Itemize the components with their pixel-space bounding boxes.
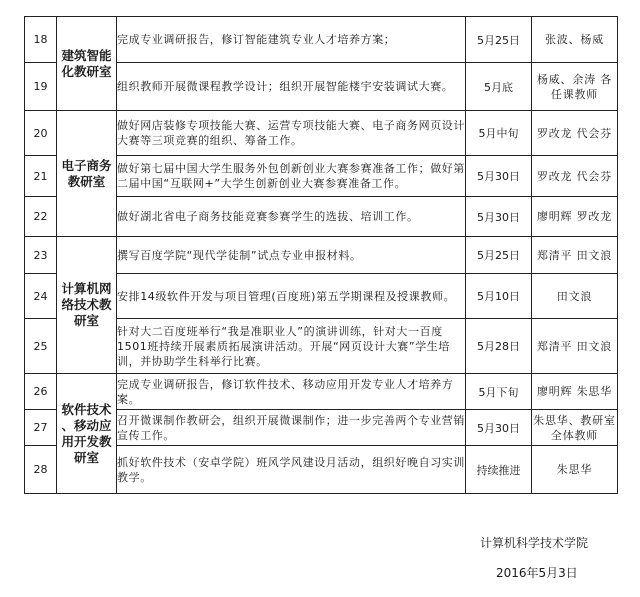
task-description: 做好湖北省电子商务技能竞赛参赛学生的选拔、培训工作。 — [117, 197, 466, 237]
responsible-person: 张波、杨威 — [532, 17, 618, 63]
department-label: 研室 — [57, 313, 116, 329]
department-cell: 软件技术 、移动应 用开发教 研室 — [57, 374, 117, 494]
task-description: 撰写百度学院“现代学徒制”试点专业申报材料。 — [117, 237, 466, 274]
department-label: 建筑智能 — [57, 48, 116, 64]
responsible-person: 郑清平 田文浪 — [532, 319, 618, 374]
deadline: 5月底 — [466, 63, 532, 111]
deadline: 5月25日 — [466, 237, 532, 274]
responsible-person: 杨威、余涛 各任课教师 — [532, 63, 618, 111]
row-number: 28 — [25, 446, 57, 494]
deadline: 持续推进 — [466, 446, 532, 494]
department-label: 、移动应 — [57, 418, 116, 434]
department-label: 软件技术 — [57, 402, 116, 418]
row-number: 23 — [25, 237, 57, 274]
department-cell: 电子商务 教研室 — [57, 111, 117, 237]
department-label: 化教研室 — [57, 64, 116, 80]
table-row: 20 电子商务 教研室 做好网店装修专项技能大赛、运营专项技能大赛、电子商务网页… — [25, 111, 618, 156]
work-plan-table: 18 建筑智能 化教研室 完成专业调研报告，修订智能建筑专业人才培养方案； 5月… — [24, 16, 618, 494]
task-description: 组织教师开展微课程教学设计；组织开展智能楼宇安装调试大赛。 — [117, 63, 466, 111]
department-label: 络技术教 — [57, 297, 116, 313]
row-number: 18 — [25, 17, 57, 63]
deadline: 5月10日 — [466, 274, 532, 319]
responsible-person: 罗改龙 代会芬 — [532, 156, 618, 197]
department-label: 研室 — [57, 450, 116, 466]
deadline: 5月中旬 — [466, 111, 532, 156]
row-number: 27 — [25, 410, 57, 446]
task-description: 做好第七届中国大学生服务外包创新创业大赛参赛准备工作；做好第二届中国“互联网+”… — [117, 156, 466, 197]
row-number: 20 — [25, 111, 57, 156]
deadline: 5月25日 — [466, 17, 532, 63]
task-description: 完成专业调研报告，修订软件技术、移动应用开发专业人才培养方案。 — [117, 374, 466, 410]
department-label: 计算机网 — [57, 281, 116, 297]
row-number: 26 — [25, 374, 57, 410]
deadline: 5月下旬 — [466, 374, 532, 410]
responsible-person: 郑清平 田文浪 — [532, 237, 618, 274]
task-description: 完成专业调研报告，修订智能建筑专业人才培养方案； — [117, 17, 466, 63]
responsible-person: 田文浪 — [532, 274, 618, 319]
deadline: 5月28日 — [466, 319, 532, 374]
task-description: 做好网店装修专项技能大赛、运营专项技能大赛、电子商务网页设计大赛等三项竞赛的组织… — [117, 111, 466, 156]
deadline: 5月30日 — [466, 156, 532, 197]
table-row: 23 计算机网 络技术教 研室 撰写百度学院“现代学徒制”试点专业申报材料。 5… — [25, 237, 618, 274]
department-cell: 建筑智能 化教研室 — [57, 17, 117, 111]
department-label: 用开发教 — [57, 434, 116, 450]
row-number: 21 — [25, 156, 57, 197]
issuing-organization: 计算机科学技术学院 — [480, 534, 588, 551]
department-cell: 计算机网 络技术教 研室 — [57, 237, 117, 374]
table-row: 18 建筑智能 化教研室 完成专业调研报告，修订智能建筑专业人才培养方案； 5月… — [25, 17, 618, 63]
task-description: 召开微课制作教研会，组织开展微课制作；进一步完善两个专业营销宣传工作。 — [117, 410, 466, 446]
issue-date: 2016年5月3日 — [496, 564, 578, 581]
row-number: 19 — [25, 63, 57, 111]
table-row: 26 软件技术 、移动应 用开发教 研室 完成专业调研报告，修订软件技术、移动应… — [25, 374, 618, 410]
row-number: 24 — [25, 274, 57, 319]
responsible-person: 罗改龙 代会芬 — [532, 111, 618, 156]
responsible-person: 廖明辉 朱思华 — [532, 374, 618, 410]
responsible-person: 廖明辉 罗改龙 — [532, 197, 618, 237]
responsible-person: 朱思华、教研室全体教师 — [532, 410, 618, 446]
task-description: 针对大二百度班举行“我是准职业人”的演讲训练，针对大一百度1501班持续开展素质… — [117, 319, 466, 374]
department-label: 教研室 — [57, 174, 116, 190]
task-description: 抓好软件技术（安卓学院）班风学风建设月活动，组织好晚自习实训教学。 — [117, 446, 466, 494]
deadline: 5月30日 — [466, 410, 532, 446]
task-description: 安排14级软件开发与项目管理(百度班)第五学期课程及授课教师。 — [117, 274, 466, 319]
deadline: 5月30日 — [466, 197, 532, 237]
row-number: 22 — [25, 197, 57, 237]
row-number: 25 — [25, 319, 57, 374]
department-label: 电子商务 — [57, 158, 116, 174]
responsible-person: 朱思华 — [532, 446, 618, 494]
